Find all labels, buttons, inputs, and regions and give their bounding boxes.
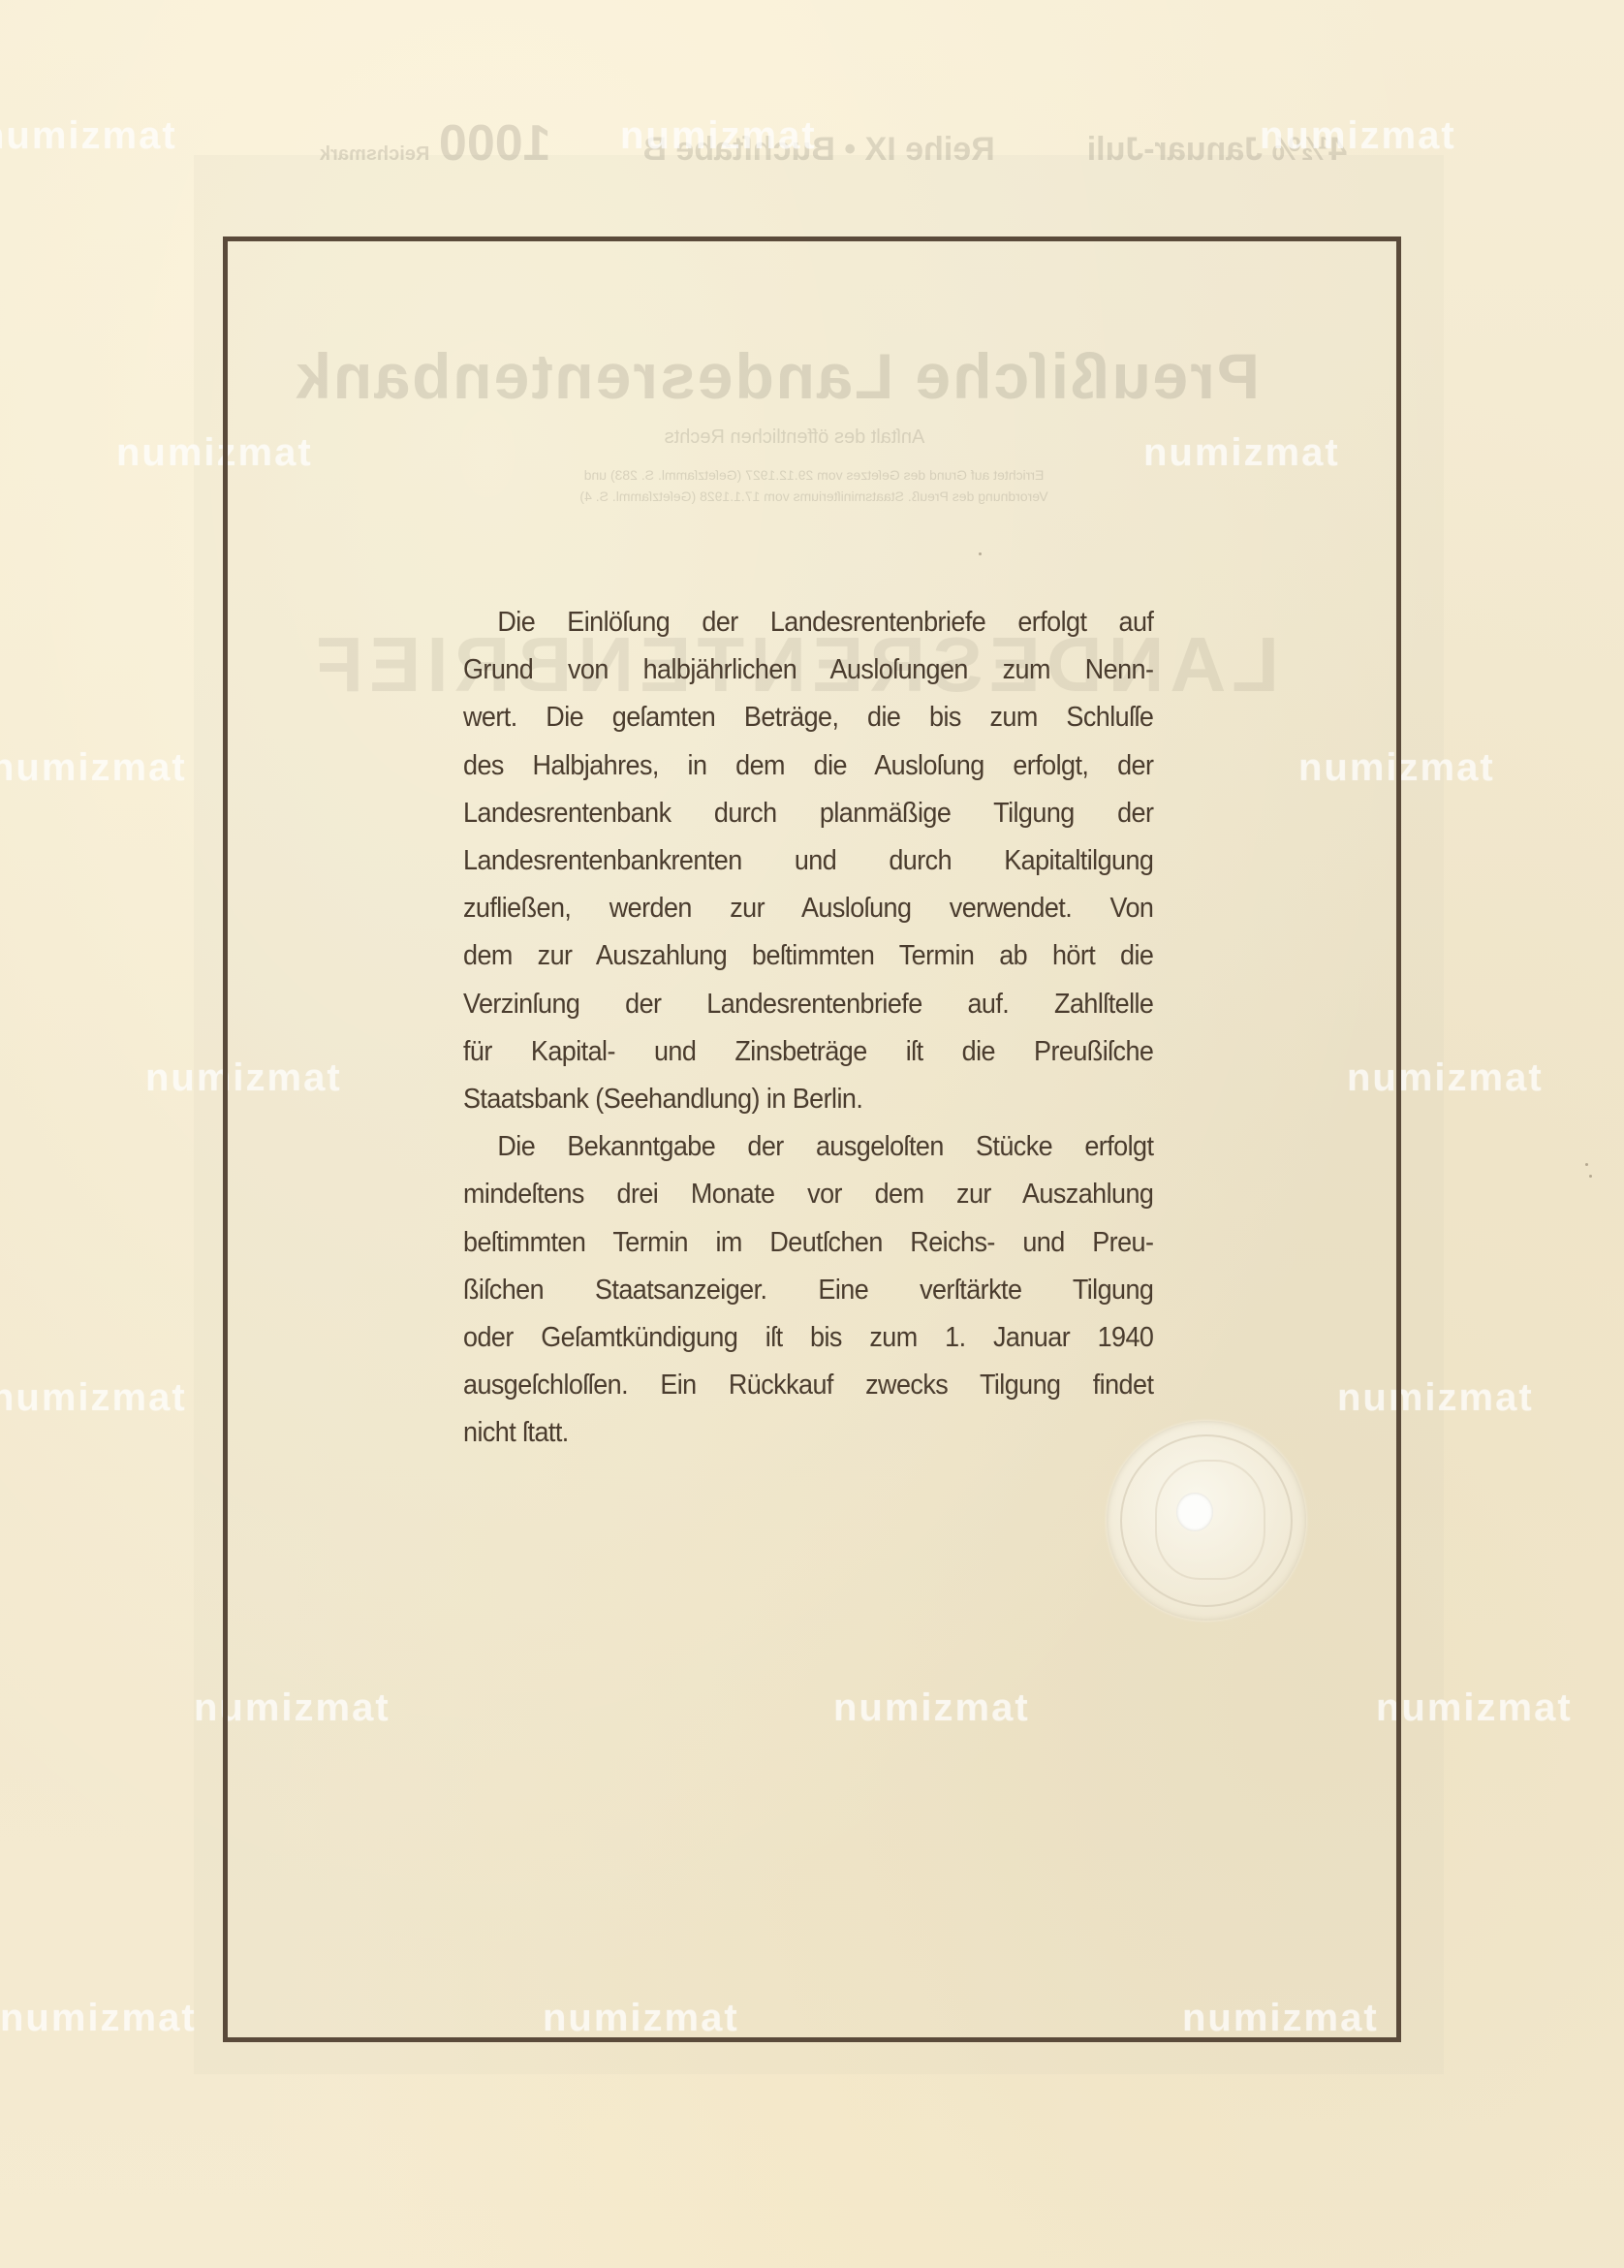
watermark-text: numizmat [620, 114, 817, 158]
terms-paragraph: Die Einlöſung der Landesrentenbriefe erf… [463, 599, 1153, 1123]
showthrough-header-amount: 1000 Reichsmark [320, 114, 551, 173]
text-line: ßiſchen Staatsanzeiger. Eine verſtärkte … [463, 1267, 1153, 1314]
punch-hole [1176, 1493, 1213, 1531]
text-line: beſtimmten Termin im Deutſchen Reichs- u… [463, 1219, 1153, 1267]
showthrough-amount-value: 1000 [439, 115, 551, 172]
embossed-seal [1107, 1421, 1306, 1621]
text-line: ausgeſchloſſen. Ein Rückkauf zwecks Tilg… [463, 1362, 1153, 1409]
watermark-text: numizmat [0, 1376, 187, 1420]
text-line: Grund von halbjährlichen Ausloſungen zum… [463, 646, 1153, 694]
text-line: Die Einlöſung der Landesrentenbriefe erf… [463, 599, 1153, 646]
showthrough-header: 4½% Januar-Juli Reihe IX • Buchſtabe B 1… [320, 114, 1347, 173]
watermark-text: numizmat [1260, 114, 1456, 158]
showthrough-amount-unit: Reichsmark [320, 143, 429, 165]
text-line: wert. Die geſamten Beträge, die bis zum … [463, 694, 1153, 741]
text-line: zufließen, werden zur Ausloſung verwende… [463, 885, 1153, 932]
text-line: oder Geſamtkündigung iſt bis zum 1. Janu… [463, 1314, 1153, 1362]
text-line: nicht ſtatt. [463, 1409, 1153, 1457]
text-line: Staatsbank (Seehandlung) in Berlin. [463, 1076, 1153, 1123]
text-line: Landesrentenbank durch planmäßige Tilgun… [463, 790, 1153, 837]
text-line: Verzinſung der Landesrentenbriefe auf. Z… [463, 981, 1153, 1028]
watermark-text: numizmat [0, 114, 177, 158]
paper-speck [1589, 1175, 1592, 1178]
terms-paragraph: Die Bekanntgabe der ausgeloſten Stücke e… [463, 1123, 1153, 1457]
paper-speck [979, 552, 982, 555]
watermark-text: numizmat [1376, 1686, 1573, 1730]
paper-speck [1585, 1163, 1588, 1166]
watermark-text: numizmat [0, 746, 187, 790]
text-line: Landesrentenbankrenten und durch Kapital… [463, 837, 1153, 885]
text-line: des Halbjahres, in dem die Ausloſung erf… [463, 742, 1153, 790]
text-line: dem zur Auszahlung beſtimmten Termin ab … [463, 932, 1153, 980]
text-line: mindeſtens drei Monate vor dem zur Ausza… [463, 1171, 1153, 1218]
text-line: für Kapital- und Zinsbeträge iſt die Pre… [463, 1028, 1153, 1076]
text-line: Die Bekanntgabe der ausgeloſten Stücke e… [463, 1123, 1153, 1171]
terms-text-block: Die Einlöſung der Landesrentenbriefe erf… [463, 599, 1153, 1458]
watermark-text: numizmat [0, 1997, 197, 2040]
